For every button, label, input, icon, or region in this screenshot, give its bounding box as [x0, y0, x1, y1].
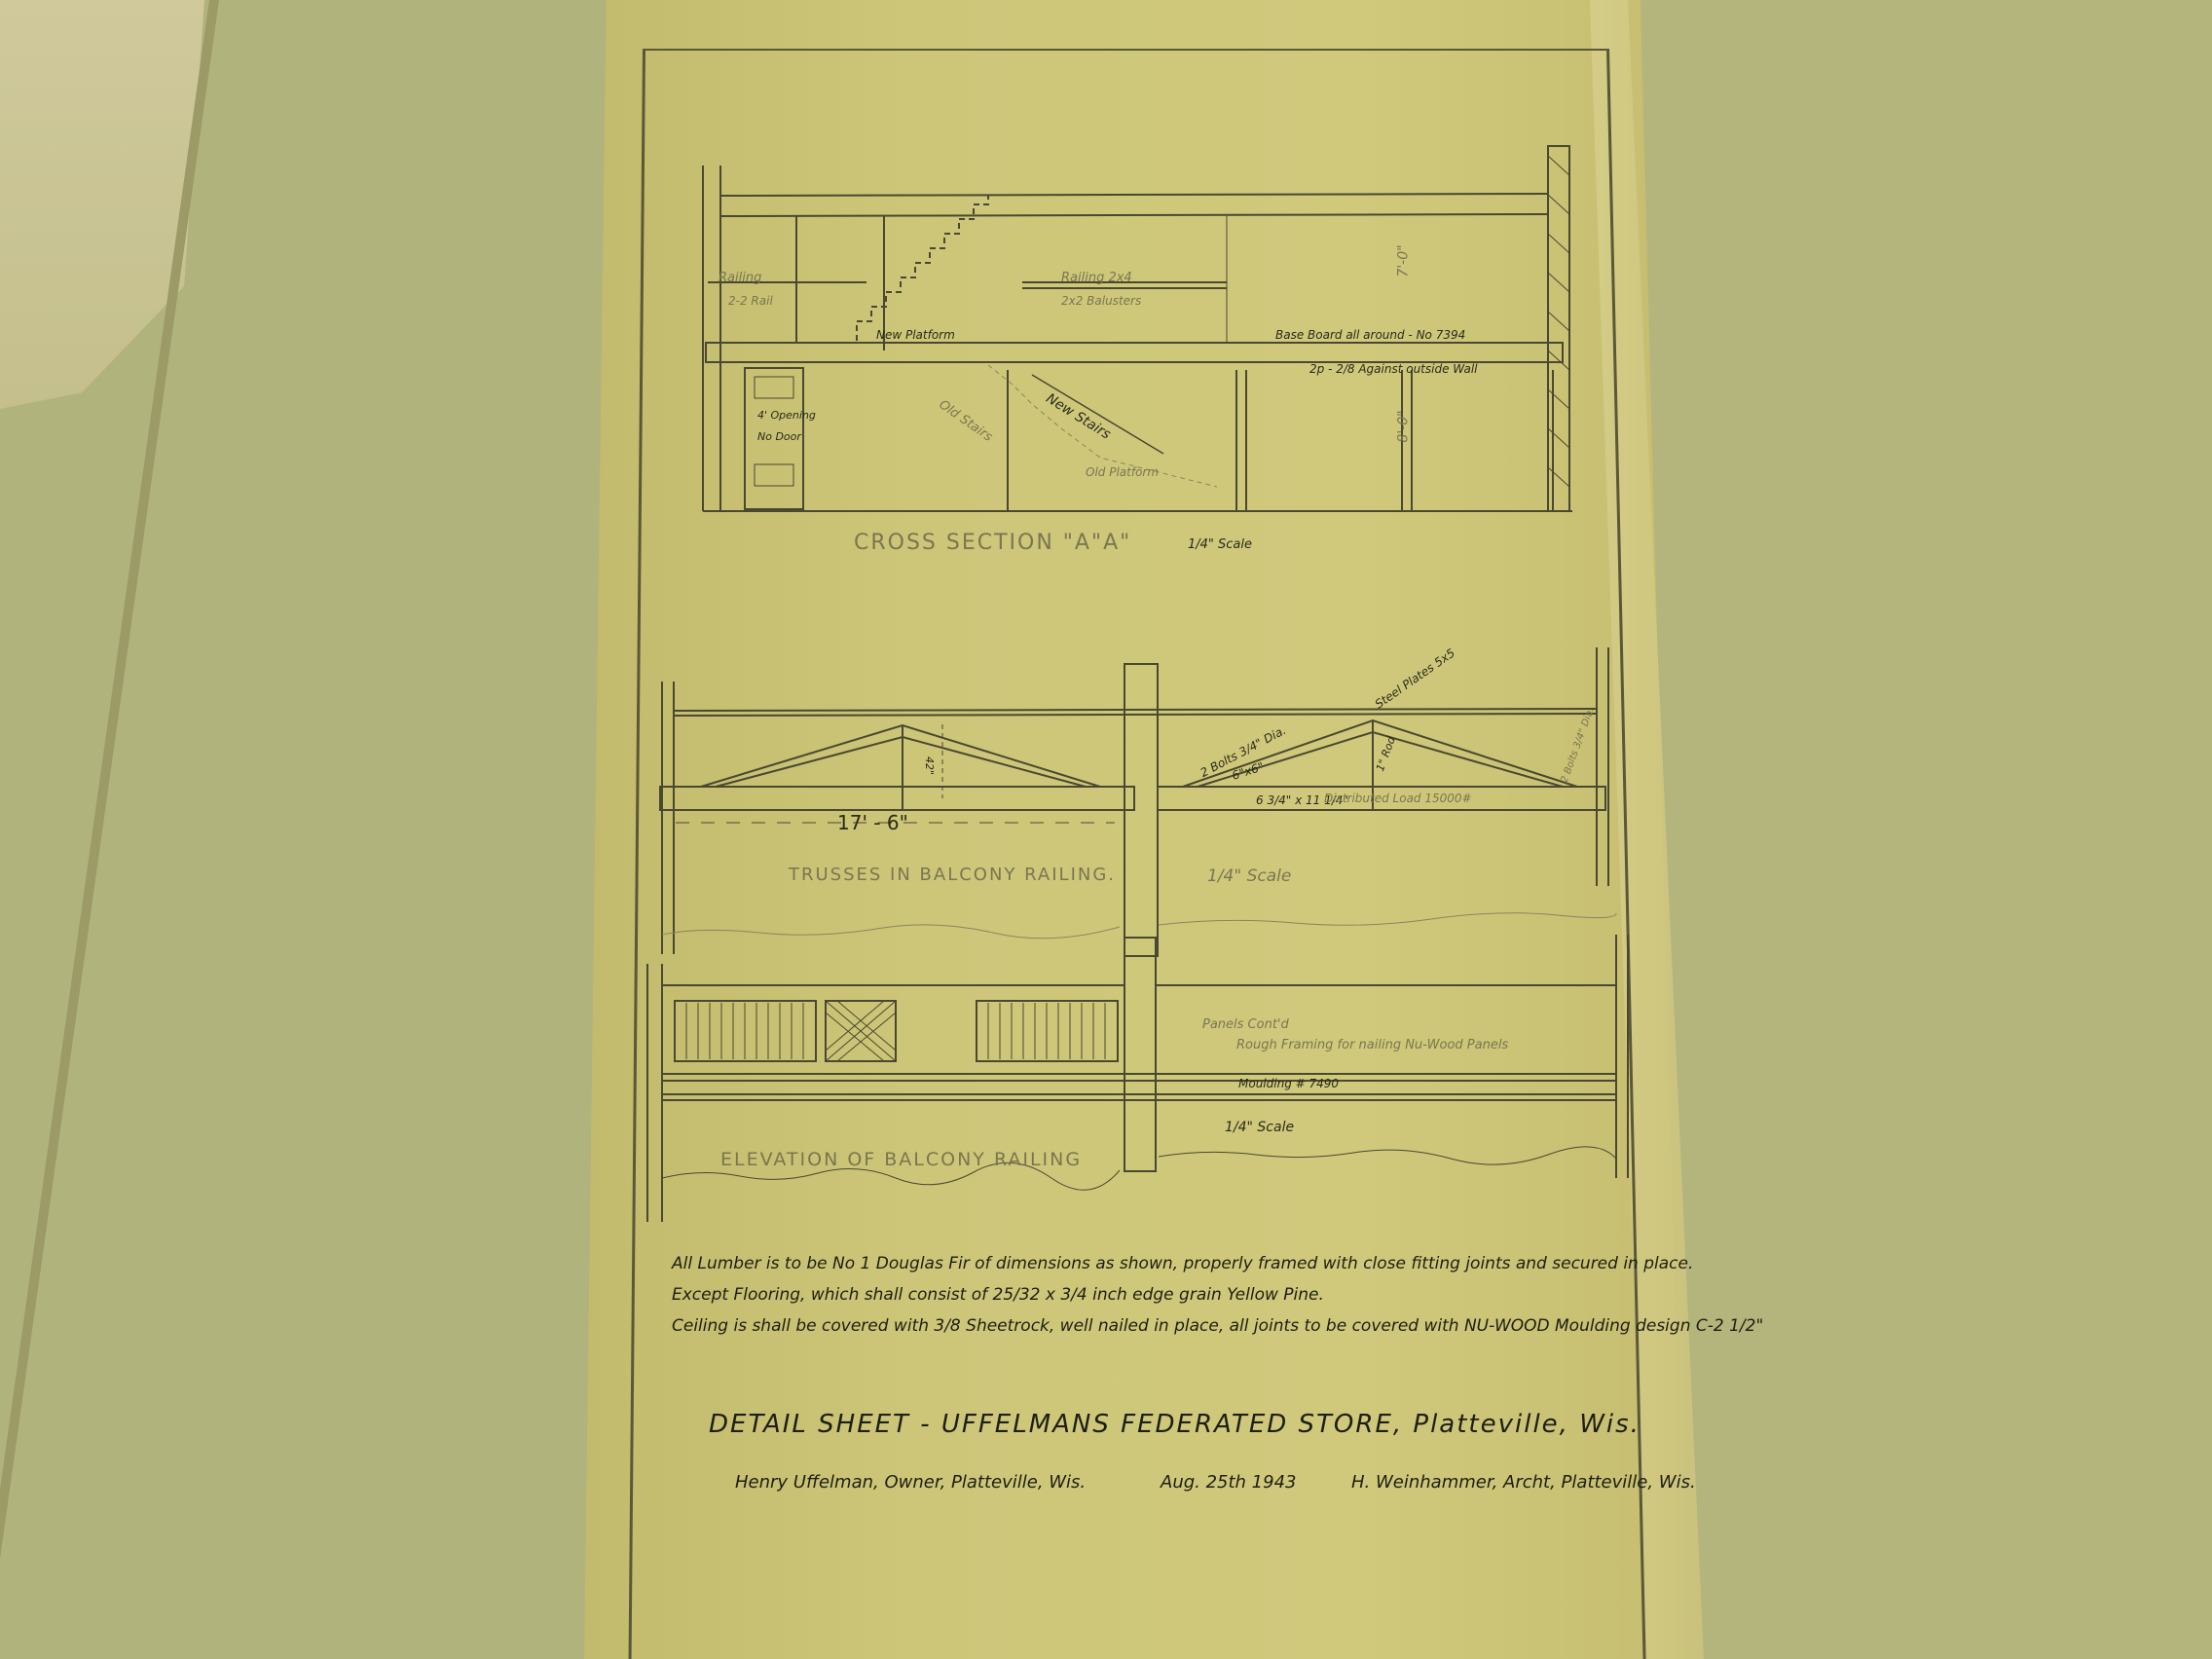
owner-line: Henry Uffelman, Owner, Platteville, Wis. — [735, 1472, 1086, 1493]
label-rail-left: 2-2 Rail — [728, 294, 773, 308]
label-old-platform: Old Platform — [1086, 465, 1159, 479]
architect-line: H. Weinhammer, Archt, Platteville, Wis. — [1351, 1472, 1696, 1493]
date-line: Aug. 25th 1943 — [1161, 1472, 1297, 1493]
label-new-platform: New Platform — [876, 328, 955, 342]
photo-scene: Railing 2-2 Rail Railing 2x4 2x2 Baluste… — [0, 0, 2212, 1659]
trusses-title: TRUSSES IN BALCONY RAILING. — [789, 865, 1116, 885]
label-opening: 4' Opening — [757, 409, 816, 422]
cross-section-scale: 1/4" Scale — [1188, 537, 1252, 552]
label-height-dimension: 7'-0" — [1396, 244, 1412, 276]
elevation-title: ELEVATION OF BALCONY RAILING — [720, 1149, 1082, 1170]
label-truss-span: 17' - 6" — [837, 811, 908, 834]
label-joists: 2p - 2/8 Against outside Wall — [1309, 362, 1478, 376]
elevation-scale: 1/4" Scale — [1225, 1120, 1294, 1135]
label-truss-rise: 42" — [923, 756, 936, 775]
trusses-scale: 1/4" Scale — [1207, 866, 1291, 886]
label-rough-framing: Rough Framing for nailing Nu-Wood Panels — [1236, 1038, 1508, 1052]
label-distributed-load: Distributed Load 15000# — [1324, 792, 1472, 805]
label-railing-right: Railing 2x4 — [1061, 271, 1132, 285]
label-base-board: Base Board all around - No 7394 — [1275, 328, 1465, 342]
label-height-dimension-lower: 8'-0" — [1396, 410, 1412, 442]
label-balusters: 2x2 Balusters — [1061, 294, 1141, 308]
note-line: Except Flooring, which shall consist of … — [672, 1279, 1763, 1310]
label-panels-contd: Panels Cont'd — [1202, 1017, 1289, 1032]
label-moulding: Moulding # 7490 — [1238, 1077, 1339, 1090]
note-line: Ceiling is shall be covered with 3/8 She… — [672, 1310, 1763, 1342]
general-notes: All Lumber is to be No 1 Douglas Fir of … — [672, 1248, 1763, 1342]
label-no-door: No Door — [757, 430, 801, 443]
sheet-title: DETAIL SHEET - UFFELMANS FEDERATED STORE… — [709, 1410, 1641, 1439]
cross-section-title: CROSS SECTION "A"A" — [854, 531, 1131, 555]
note-line: All Lumber is to be No 1 Douglas Fir of … — [672, 1248, 1763, 1279]
label-railing-left: Railing — [719, 271, 761, 285]
